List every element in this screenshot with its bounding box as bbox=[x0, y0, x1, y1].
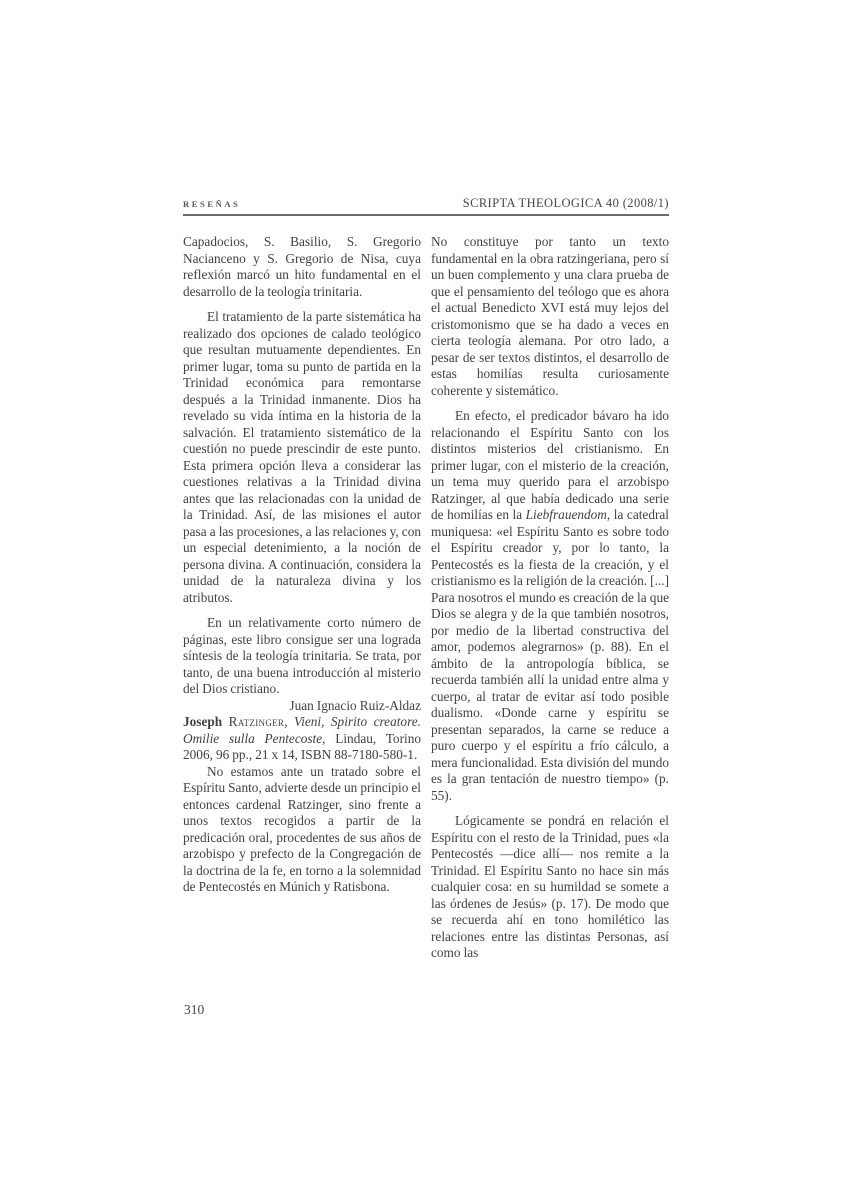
paragraph: En efecto, el predicador bávaro ha ido r… bbox=[431, 408, 669, 804]
review-signature: Juan Ignacio Ruiz-Aldaz bbox=[183, 698, 421, 715]
page-number: 310 bbox=[184, 1002, 204, 1018]
citation-author-last: Ratzinger bbox=[229, 714, 285, 729]
paragraph-continuation: No constituye por tanto un texto fundame… bbox=[431, 234, 669, 399]
right-column: No constituye por tanto un texto fundame… bbox=[431, 234, 669, 962]
citation-separator: , bbox=[284, 714, 294, 729]
paragraph: No estamos ante un tratado sobre el Espí… bbox=[183, 764, 421, 896]
paragraph: Lógicamente se pondrá en relación el Esp… bbox=[431, 813, 669, 962]
paragraph-continuation: Capadocios, S. Basilio, S. Gregorio Naci… bbox=[183, 234, 421, 300]
paragraph-text: , la catedral muniquesa: «el Espíritu Sa… bbox=[431, 507, 669, 803]
journal-title: SCRIPTA THEOLOGICA 40 (2008/1) bbox=[463, 196, 669, 211]
paragraph: En un relativamente corto número de pági… bbox=[183, 615, 421, 698]
italic-term: Liebfrauendom bbox=[526, 507, 607, 522]
two-column-body: Capadocios, S. Basilio, S. Gregorio Naci… bbox=[183, 234, 669, 962]
paragraph: El tratamiento de la parte sistemática h… bbox=[183, 309, 421, 606]
section-label: RESEÑAS bbox=[183, 199, 240, 209]
journal-page: RESEÑAS SCRIPTA THEOLOGICA 40 (2008/1) C… bbox=[183, 196, 669, 962]
book-citation: Joseph Ratzinger, Vieni, Spirito creator… bbox=[183, 714, 421, 764]
paragraph-text: En efecto, el predicador bávaro ha ido r… bbox=[431, 408, 669, 522]
running-head: RESEÑAS SCRIPTA THEOLOGICA 40 (2008/1) bbox=[183, 196, 669, 216]
citation-author-first: Joseph bbox=[183, 714, 229, 729]
left-column: Capadocios, S. Basilio, S. Gregorio Naci… bbox=[183, 234, 421, 962]
